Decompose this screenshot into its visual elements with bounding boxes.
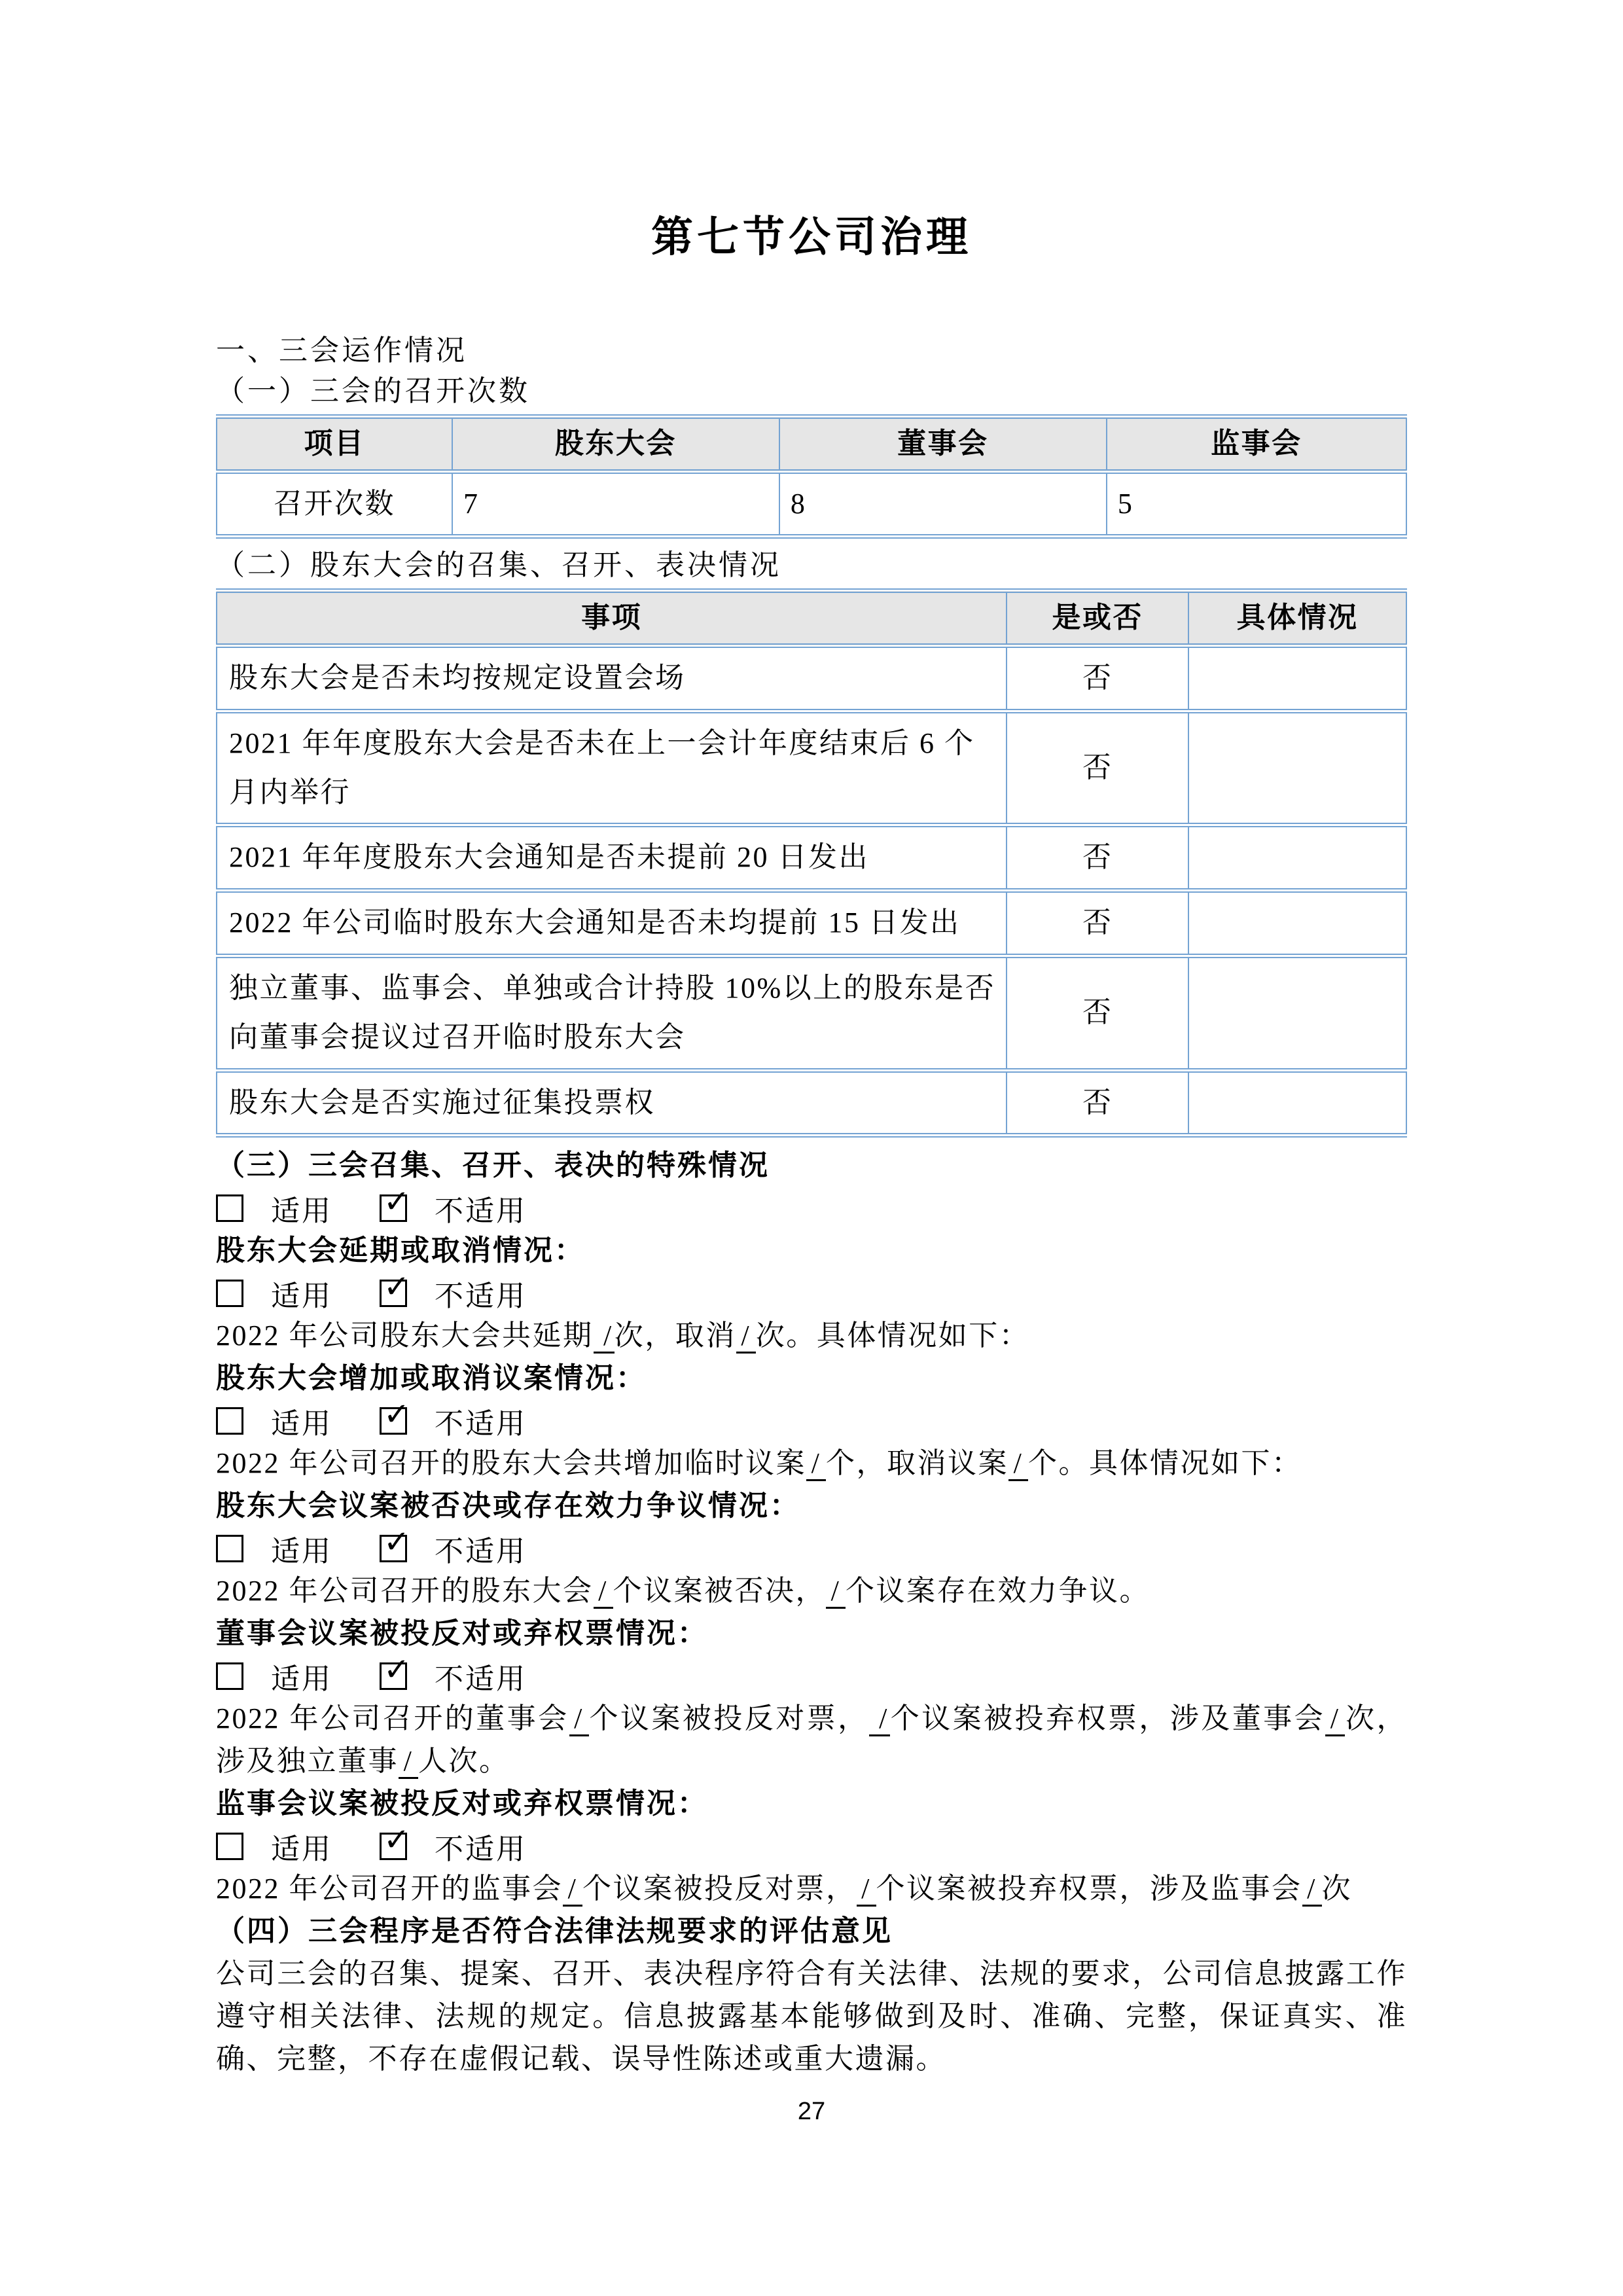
checkbox-checked-icon: ✓ bbox=[380, 1280, 407, 1307]
blank-slash-placeholder: / bbox=[594, 1321, 615, 1353]
subsection-heading-general-meeting: （二）股东大会的召集、召开、表决情况 bbox=[216, 545, 1407, 586]
checkbox-checked-icon: ✓ bbox=[380, 1662, 407, 1690]
applicability-checkline: 适用 ✓ 不适用 bbox=[216, 1825, 1407, 1867]
not-applicable-label: 不适用 bbox=[435, 1400, 527, 1442]
table-row: 股东大会是否未均按规定设置会场 否 bbox=[217, 645, 1406, 711]
text-segment: 个议案被投反对票， bbox=[589, 1702, 869, 1734]
detail-value bbox=[1188, 891, 1406, 956]
blank-slash-placeholder: / bbox=[736, 1321, 756, 1353]
col-header-matter: 事项 bbox=[217, 591, 1007, 646]
general-meeting-table: 事项 是或否 具体情况 股东大会是否未均按规定设置会场 否 2021 年年度股东… bbox=[216, 588, 1407, 1138]
answer-value: 否 bbox=[1007, 956, 1188, 1070]
matter-text: 2021 年年度股东大会通知是否未提前 20 日发出 bbox=[217, 825, 1007, 891]
document-content: 第七节公司治理 一、三会运作情况 （一）三会的召开次数 项目 股东大会 董事会 … bbox=[0, 0, 1623, 2080]
text-segment: 次 bbox=[1322, 1873, 1353, 1905]
text-segment: 个议案被否决， bbox=[613, 1575, 827, 1607]
checkbox-checked-icon: ✓ bbox=[380, 1194, 407, 1222]
checkbox-checked-icon: ✓ bbox=[380, 1535, 407, 1562]
rejected-proposal-heading: 股东大会议案被否决或存在效力争议情况： bbox=[216, 1484, 1407, 1527]
blank-slash-placeholder: / bbox=[399, 1746, 418, 1778]
text-segment: 次。具体情况如下： bbox=[756, 1319, 1030, 1352]
checkbox-unchecked-icon bbox=[216, 1194, 243, 1222]
add-cancel-proposal-heading: 股东大会增加或取消议案情况： bbox=[216, 1357, 1407, 1399]
blank-slash-placeholder: / bbox=[1325, 1704, 1345, 1736]
col-header-yes-or-no: 是或否 bbox=[1007, 591, 1188, 646]
applicability-checkline: 适用 ✓ 不适用 bbox=[216, 1399, 1407, 1442]
page-title: 第七节公司治理 bbox=[216, 213, 1407, 262]
not-applicable-label: 不适用 bbox=[435, 1187, 527, 1229]
applicability-checkline: 适用 ✓ 不适用 bbox=[216, 1187, 1407, 1229]
supervisory-vote-detail-line: 2022 年公司召开的监事会/个议案被投反对票，/个议案被投弃权票，涉及监事会/… bbox=[216, 1867, 1407, 1910]
page-number: 27 bbox=[0, 2098, 1623, 2126]
meeting-counts-table: 项目 股东大会 董事会 监事会 召开次数 7 8 5 bbox=[216, 414, 1407, 539]
checkbox-unchecked-icon bbox=[216, 1833, 243, 1860]
blank-slash-placeholder: / bbox=[569, 1704, 589, 1736]
delay-detail-line: 2022 年公司股东大会共延期 /次，取消/次。具体情况如下： bbox=[216, 1314, 1407, 1357]
row-label-meeting-times: 召开次数 bbox=[217, 471, 452, 537]
check-icon: ✓ bbox=[383, 1654, 410, 1685]
applicable-label: 适用 bbox=[271, 1825, 332, 1867]
table-row: 2021 年年度股东大会通知是否未提前 20 日发出 否 bbox=[217, 825, 1406, 891]
applicability-checkline: 适用 ✓ 不适用 bbox=[216, 1527, 1407, 1570]
text-segment: 个议案被投反对票， bbox=[582, 1873, 857, 1905]
applicable-label: 适用 bbox=[271, 1187, 332, 1229]
supervisory-meeting-count: 5 bbox=[1107, 471, 1406, 537]
answer-value: 否 bbox=[1007, 891, 1188, 956]
checkbox-checked-icon: ✓ bbox=[380, 1833, 407, 1860]
document-page: 第七节公司治理 一、三会运作情况 （一）三会的召开次数 项目 股东大会 董事会 … bbox=[0, 0, 1623, 2296]
subsection-heading-assessment: （四）三会程序是否符合法律法规要求的评估意见 bbox=[216, 1910, 1407, 1952]
blank-slash-placeholder: / bbox=[594, 1576, 613, 1608]
general-meeting-header-row: 事项 是或否 具体情况 bbox=[217, 591, 1406, 646]
detail-value bbox=[1188, 956, 1406, 1070]
table-row: 独立董事、监事会、单独或合计持股 10%以上的股东是否向董事会提议过召开临时股东… bbox=[217, 956, 1406, 1070]
table-row: 2022 年公司临时股东大会通知是否未均提前 15 日发出 否 bbox=[217, 891, 1406, 956]
applicability-checkline: 适用 ✓ 不适用 bbox=[216, 1655, 1407, 1697]
meeting-counts-header-row: 项目 股东大会 董事会 监事会 bbox=[217, 417, 1406, 472]
matter-text: 独立董事、监事会、单独或合计持股 10%以上的股东是否向董事会提议过召开临时股东… bbox=[217, 956, 1007, 1070]
section-heading-three-boards-operation: 一、三会运作情况 bbox=[216, 331, 1407, 371]
answer-value: 否 bbox=[1007, 1070, 1188, 1136]
col-header-details: 具体情况 bbox=[1188, 591, 1406, 646]
applicable-label: 适用 bbox=[271, 1272, 332, 1314]
table-row: 2021 年年度股东大会是否未在上一会计年度结束后 6 个月内举行 否 bbox=[217, 711, 1406, 825]
answer-value: 否 bbox=[1007, 825, 1188, 891]
answer-value: 否 bbox=[1007, 711, 1188, 825]
checkbox-unchecked-icon bbox=[216, 1280, 243, 1307]
check-icon: ✓ bbox=[383, 1271, 410, 1302]
detail-value bbox=[1188, 645, 1406, 711]
detail-value bbox=[1188, 825, 1406, 891]
applicability-checkline: 适用 ✓ 不适用 bbox=[216, 1272, 1407, 1314]
applicable-label: 适用 bbox=[271, 1528, 332, 1570]
not-applicable-label: 不适用 bbox=[435, 1655, 527, 1697]
meeting-counts-data-row: 召开次数 7 8 5 bbox=[217, 471, 1406, 537]
col-header-board-of-directors: 董事会 bbox=[779, 417, 1107, 472]
blank-slash-placeholder: / bbox=[563, 1874, 582, 1906]
blank-slash-placeholder: / bbox=[1008, 1448, 1028, 1480]
detail-value bbox=[1188, 711, 1406, 825]
assessment-paragraph: 公司三会的召集、提案、召开、表决程序符合有关法律、法规的要求，公司信息披露工作遵… bbox=[216, 1952, 1407, 2080]
matter-text: 2022 年公司临时股东大会通知是否未均提前 15 日发出 bbox=[217, 891, 1007, 956]
text-segment: 2022 年公司股东大会共延期 bbox=[216, 1319, 594, 1352]
detail-value bbox=[1188, 1070, 1406, 1136]
board-meeting-count: 8 bbox=[779, 471, 1107, 537]
delay-cancel-heading: 股东大会延期或取消情况： bbox=[216, 1229, 1407, 1272]
add-cancel-detail-line: 2022 年公司召开的股东大会共增加临时议案/个，取消议案/个。具体情况如下： bbox=[216, 1442, 1407, 1484]
checkbox-unchecked-icon bbox=[216, 1662, 243, 1690]
check-icon: ✓ bbox=[383, 1399, 410, 1430]
table-row: 股东大会是否实施过征集投票权 否 bbox=[217, 1070, 1406, 1136]
text-segment: 2022 年公司召开的董事会 bbox=[216, 1702, 569, 1734]
text-segment: 人次。 bbox=[418, 1745, 510, 1777]
checkbox-checked-icon: ✓ bbox=[380, 1407, 407, 1435]
applicable-label: 适用 bbox=[271, 1655, 332, 1697]
board-vote-detail-line: 2022 年公司召开的董事会/个议案被投反对票， /个议案被投弃权票，涉及董事会… bbox=[216, 1697, 1407, 1782]
blank-slash-placeholder: / bbox=[806, 1448, 826, 1480]
not-applicable-label: 不适用 bbox=[435, 1528, 527, 1570]
applicable-label: 适用 bbox=[271, 1400, 332, 1442]
text-segment: 2022 年公司召开的股东大会 bbox=[216, 1575, 594, 1607]
check-icon: ✓ bbox=[383, 1186, 410, 1217]
check-icon: ✓ bbox=[383, 1526, 410, 1558]
shareholder-meeting-count: 7 bbox=[452, 471, 779, 537]
matter-text: 2021 年年度股东大会是否未在上一会计年度结束后 6 个月内举行 bbox=[217, 711, 1007, 825]
text-segment: 个议案存在效力争议。 bbox=[846, 1575, 1150, 1607]
not-applicable-label: 不适用 bbox=[435, 1825, 527, 1867]
checkbox-unchecked-icon bbox=[216, 1407, 243, 1435]
col-header-item: 项目 bbox=[217, 417, 452, 472]
checkbox-unchecked-icon bbox=[216, 1535, 243, 1562]
col-header-shareholder-meeting: 股东大会 bbox=[452, 417, 779, 472]
blank-slash-placeholder: / bbox=[857, 1874, 876, 1906]
text-segment: 个，取消议案 bbox=[826, 1447, 1008, 1479]
text-segment: 个议案被投弃权票，涉及董事会 bbox=[890, 1702, 1325, 1734]
subsection-heading-special-situations: （三）三会召集、召开、表决的特殊情况 bbox=[216, 1144, 1407, 1187]
board-vote-against-heading: 董事会议案被投反对或弃权票情况： bbox=[216, 1612, 1407, 1655]
text-segment: 次，取消 bbox=[615, 1319, 736, 1352]
matter-text: 股东大会是否实施过征集投票权 bbox=[217, 1070, 1007, 1136]
text-segment: 个。具体情况如下： bbox=[1028, 1447, 1302, 1479]
answer-value: 否 bbox=[1007, 645, 1188, 711]
supervisory-vote-against-heading: 监事会议案被投反对或弃权票情况： bbox=[216, 1782, 1407, 1825]
rejected-detail-line: 2022 年公司召开的股东大会/个议案被否决，/个议案存在效力争议。 bbox=[216, 1570, 1407, 1612]
not-applicable-label: 不适用 bbox=[435, 1272, 527, 1314]
blank-slash-placeholder: / bbox=[869, 1704, 890, 1736]
blank-slash-placeholder: / bbox=[1302, 1874, 1322, 1906]
blank-slash-placeholder: / bbox=[826, 1576, 846, 1608]
text-segment: 2022 年公司召开的股东大会共增加临时议案 bbox=[216, 1447, 806, 1479]
check-icon: ✓ bbox=[383, 1824, 410, 1856]
col-header-supervisory-board: 监事会 bbox=[1107, 417, 1406, 472]
text-segment: 2022 年公司召开的监事会 bbox=[216, 1873, 563, 1905]
subsection-heading-meeting-counts: （一）三会的召开次数 bbox=[216, 371, 1407, 412]
text-segment: 个议案被投弃权票，涉及监事会 bbox=[876, 1873, 1302, 1905]
matter-text: 股东大会是否未均按规定设置会场 bbox=[217, 645, 1007, 711]
